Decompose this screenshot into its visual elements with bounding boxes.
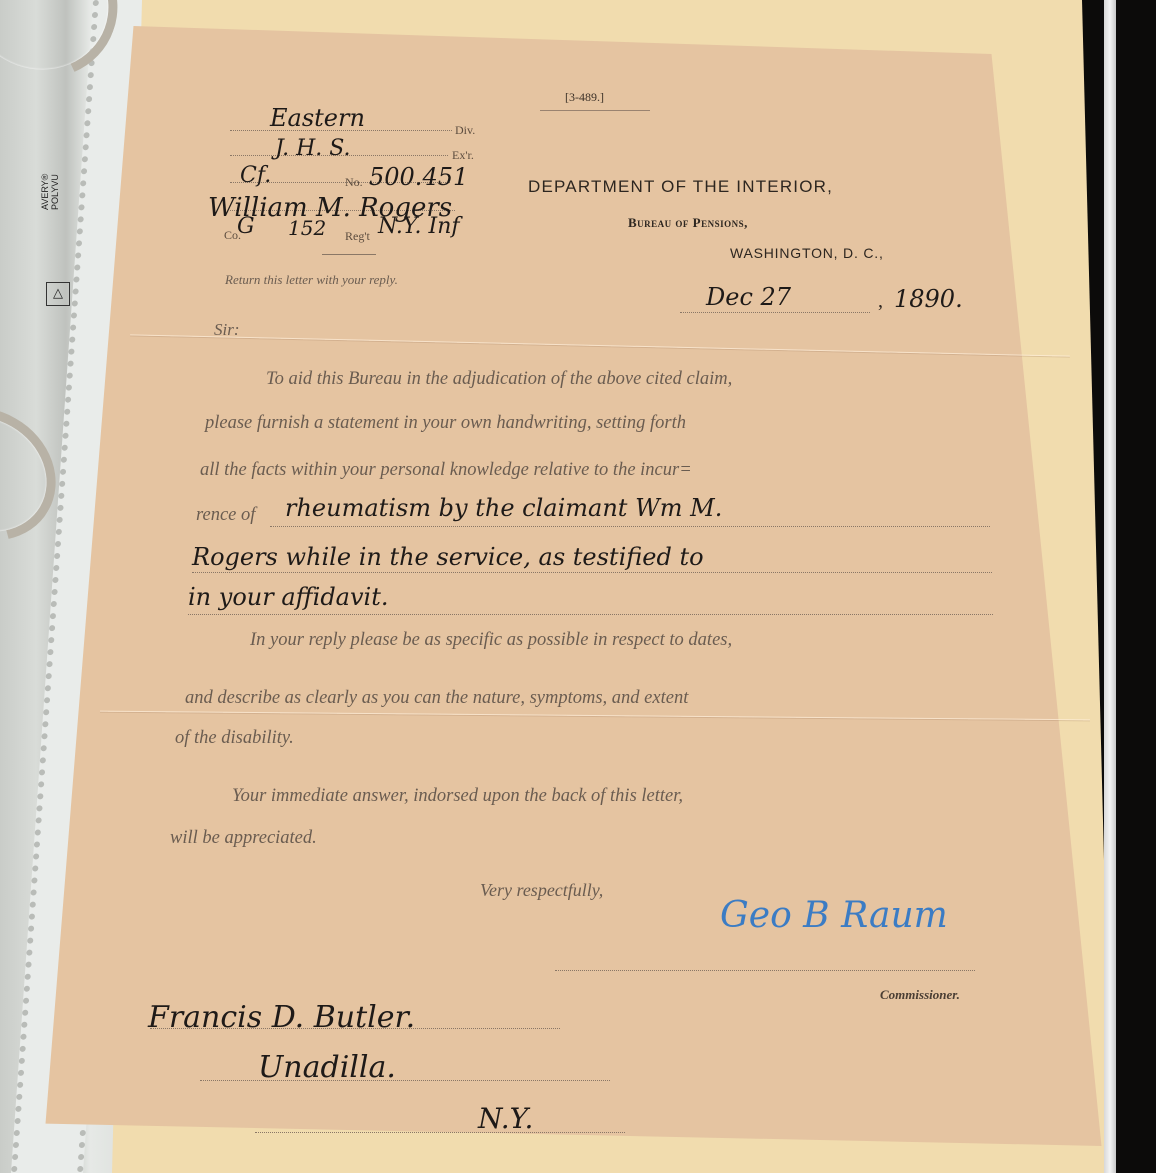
salutation: Sir:: [214, 320, 240, 340]
examiner-value: J. H. S.: [275, 136, 351, 161]
body-line: will be appreciated.: [170, 828, 317, 849]
date-month-day: Dec 27: [706, 283, 791, 311]
bureau-heading: Bureau of Pensions,: [628, 215, 748, 231]
date-comma: ,: [878, 290, 883, 313]
addressee-name: Francis D. Butler.: [148, 1000, 415, 1035]
signature-line: [555, 970, 975, 971]
handwritten-fill: Rogers while in the service, as testifie…: [192, 543, 704, 571]
addressee-state: N.Y.: [478, 1102, 533, 1135]
handwritten-fill: rheumatism by the claimant Wm M.: [285, 494, 722, 522]
body-line: In your reply please be as specific as p…: [250, 630, 732, 651]
company-value: G: [237, 214, 255, 239]
closing: Very respectfully,: [480, 880, 603, 901]
claim-number: 500.451: [369, 163, 468, 191]
fill-line: [270, 526, 990, 527]
date-year: 1890.: [894, 285, 963, 313]
examiner-label: Ex'r.: [452, 148, 474, 163]
signatory-title: Commissioner.: [880, 987, 960, 1003]
ornament-rule: [322, 254, 376, 255]
body-line: all the facts within your personal knowl…: [200, 460, 692, 481]
body-line: of the disability.: [175, 728, 294, 749]
body-line: and describe as clearly as you can the n…: [185, 688, 688, 709]
regiment-label: Reg't: [345, 229, 370, 244]
body-line: rence of: [196, 505, 255, 526]
division-label: Div.: [455, 123, 475, 138]
avery-brand: AVERY®: [40, 180, 50, 210]
regiment-value: N.Y. Inf: [378, 214, 460, 239]
recycle-triangle-icon: △: [46, 282, 70, 306]
rule: [540, 110, 650, 111]
body-line: please furnish a statement in your own h…: [205, 413, 686, 434]
return-note: Return this letter with your reply.: [225, 272, 398, 288]
addressee-town: Unadilla.: [258, 1050, 396, 1085]
regiment-number: 152: [288, 216, 326, 240]
avery-product: POLYVU: [50, 180, 60, 210]
body-line: Your immediate answer, indorsed upon the…: [232, 786, 683, 807]
handwritten-fill: in your affidavit.: [188, 583, 389, 611]
sheet-protector-edge: [1104, 0, 1116, 1173]
form-number: [3-489.]: [565, 90, 604, 105]
fill-line: [188, 614, 993, 615]
commissioner-signature: Geo B Raum: [720, 895, 948, 936]
address-line: [255, 1132, 625, 1133]
number-label: No.: [345, 175, 363, 190]
date-line: [680, 312, 870, 313]
body-line: To aid this Bureau in the adjudication o…: [266, 369, 732, 390]
department-heading: DEPARTMENT OF THE INTERIOR,: [528, 177, 833, 197]
certificate-prefix: Cf.: [240, 163, 271, 188]
fill-line: [192, 572, 992, 573]
division-value: Eastern: [270, 104, 365, 132]
location-heading: WASHINGTON, D. C.,: [730, 245, 884, 261]
